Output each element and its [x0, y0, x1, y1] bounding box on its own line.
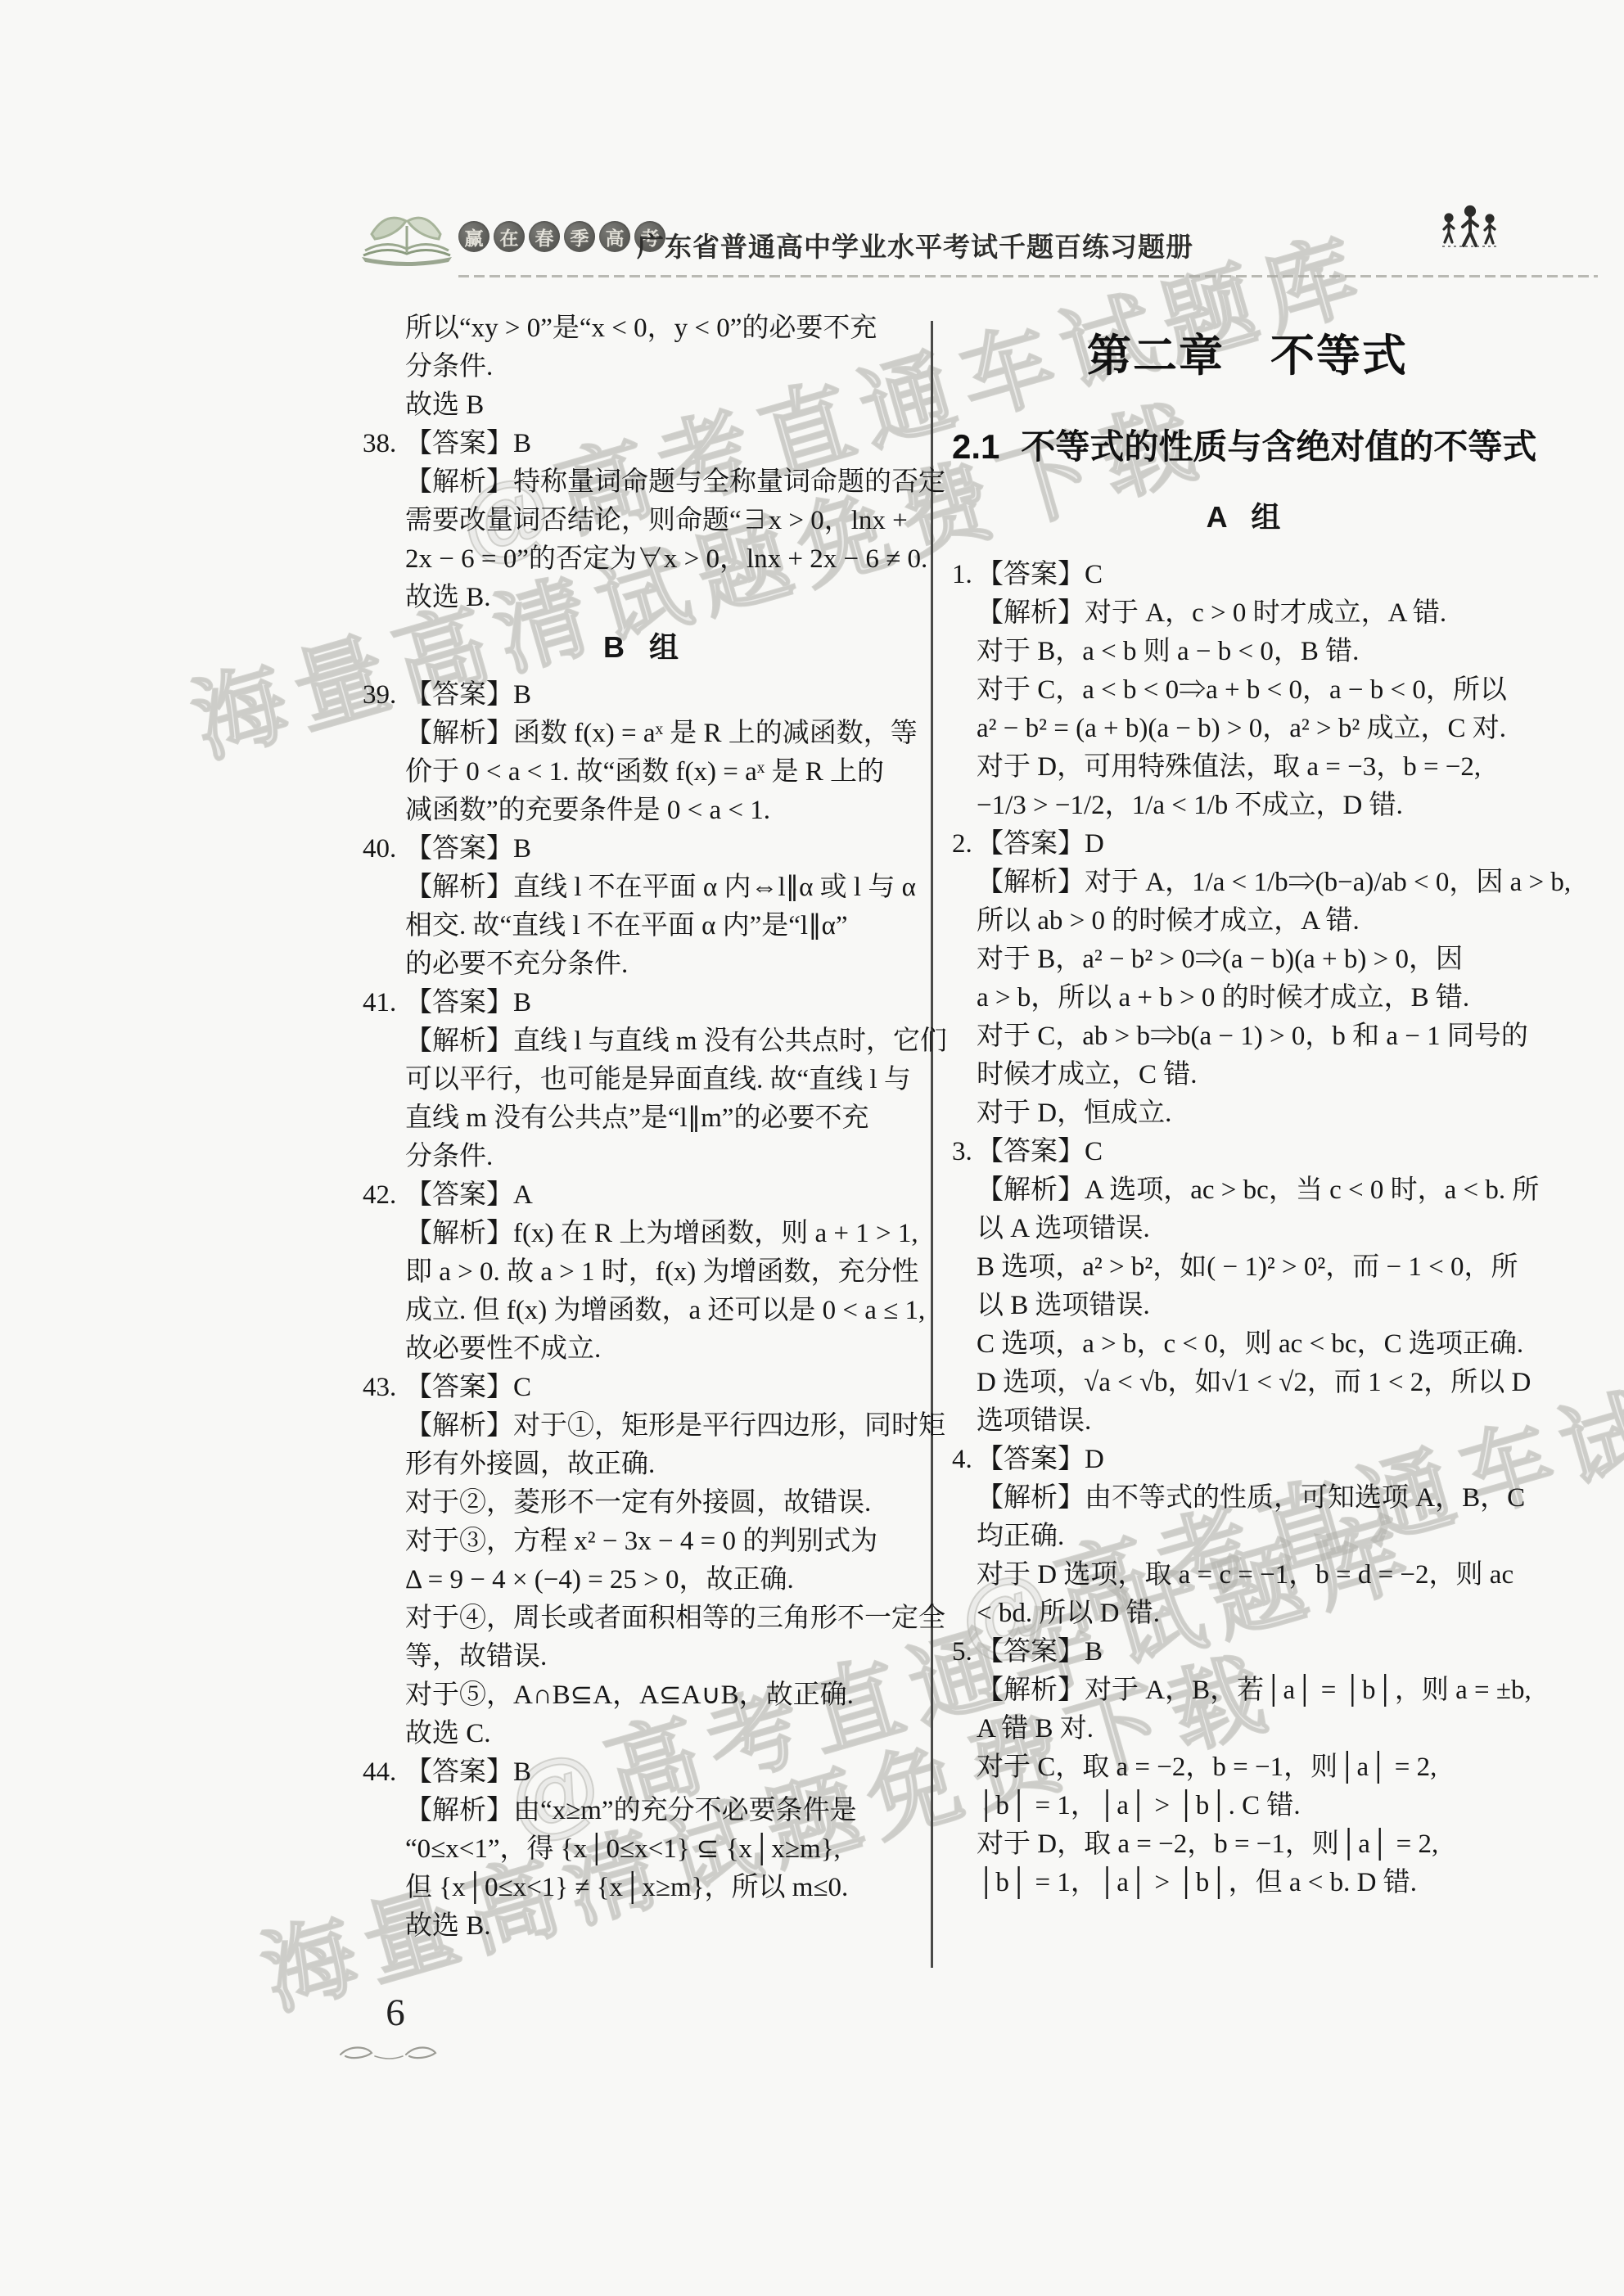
item-number: 44.: [363, 1753, 396, 1792]
answer-line: 【答案】B: [405, 676, 927, 715]
item-number: 4.: [952, 1441, 972, 1479]
answer-line: 【解析】对于 A，B，若│a│ = │b│，则 a = ±b,: [977, 1671, 1543, 1710]
answer-item: 39.【答案】B【解析】函数 f(x) = aˣ 是 R 上的减函数，等价于 0…: [363, 676, 927, 830]
column-divider: [931, 321, 933, 1968]
item-number: 3.: [952, 1133, 972, 1171]
answer-line: A 错 B 对.: [977, 1710, 1543, 1748]
runners-icon: [1439, 205, 1501, 259]
answer-item: 38.【答案】B【解析】特称量词命题与全称量词命题的否定需要改量词否结论，则命题…: [363, 425, 927, 617]
page: @高考直通车试题库 海量高清试题免费下载 @高考直通车试题库 @高考直通车试题库…: [0, 0, 1624, 2296]
item-number: 41.: [363, 984, 396, 1022]
answer-line: │b│ = 1，│a│ > │b│. C 错.: [977, 1787, 1543, 1825]
answer-line: 相交. 故“直线 l 不在平面 α 内”是“l∥α”: [405, 907, 927, 945]
answer-line: B 选项，a² > b²，如( − 1)² > 0²，而 − 1 < 0，所: [977, 1248, 1543, 1287]
answer-line: 对于 D 选项，取 a = c = −1，b = d = −2，则 ac: [977, 1556, 1543, 1595]
answer-line: 直线 m 没有公共点”是“l∥m”的必要不充: [405, 1099, 927, 1138]
answer-item: 44.【答案】B【解析】由“x≥m”的充分不必要条件是“0≤x<1”，得 {x│…: [363, 1753, 927, 1946]
answer-line: 【解析】由“x≥m”的充分不必要条件是: [405, 1792, 927, 1830]
answer-item: 41.【答案】B【解析】直线 l 与直线 m 没有公共点时，它们可以平行，也可能…: [363, 984, 927, 1176]
answer-line: 故选 B: [405, 386, 927, 425]
answer-line: 【解析】直线 l 与直线 m 没有公共点时，它们: [405, 1022, 927, 1061]
answer-line: │b│ = 1，│a│ > │b│，但 a < b. D 错.: [977, 1864, 1543, 1902]
answer-line: 成立. 但 f(x) 为增函数，a 还可以是 0 < a ≤ 1,: [405, 1292, 927, 1330]
answer-line: 对于 B，a < b 则 a − b < 0，B 错.: [977, 633, 1543, 671]
answer-line: 对于 D，可用特殊值法，取 a = −3，b = −2,: [977, 748, 1543, 787]
item-number: 42.: [363, 1176, 396, 1215]
answer-line: < bd. 所以 D 错.: [977, 1595, 1543, 1633]
answer-item: 2.【答案】D【解析】对于 A，1/a < 1/b⇒(b−a)/ab < 0，因…: [952, 825, 1543, 1133]
item-number: 2.: [952, 825, 972, 864]
answer-line: 对于⑤，A∩B⊆A，A⊆A∪B，故正确.: [405, 1676, 927, 1715]
answer-line: 【解析】f(x) 在 R 上为增函数，则 a + 1 > 1,: [405, 1215, 927, 1253]
answer-line: 对于 C，取 a = −2，b = −1，则│a│ = 2,: [977, 1748, 1543, 1787]
answer-line: 故选 B.: [405, 579, 927, 617]
answer-line: C 选项，a > b，c < 0，则 ac < bc，C 选项正确.: [977, 1325, 1543, 1364]
answer-line: a² − b² = (a + b)(a − b) > 0，a² > b² 成立，…: [977, 710, 1543, 748]
answer-line: 【解析】对于 A，c > 0 时才成立，A 错.: [977, 594, 1543, 633]
answer-line: 对于 D，恒成立.: [977, 1094, 1543, 1133]
answer-line: 对于 C，a < b < 0⇒a + b < 0，a − b < 0，所以: [977, 671, 1543, 710]
answer-line: 对于 D，取 a = −2，b = −1，则│a│ = 2,: [977, 1825, 1543, 1864]
answer-item: 所以“xy > 0”是“x < 0，y < 0”的必要不充分条件.故选 B: [363, 309, 927, 425]
answer-line: 的必要不充分条件.: [405, 945, 927, 984]
answer-line: 【答案】D: [977, 825, 1543, 864]
answer-line: 所以 ab > 0 的时候才成立，A 错.: [977, 902, 1543, 941]
answer-line: 对于 C，ab > b⇒b(a − 1) > 0，b 和 a − 1 同号的: [977, 1017, 1543, 1056]
answer-line: 形有外接圆，故正确.: [405, 1446, 927, 1484]
answer-line: 故必要性不成立.: [405, 1330, 927, 1369]
brand-badge: 高: [599, 221, 630, 252]
answer-line: 分条件.: [405, 348, 927, 386]
answer-line: 即 a > 0. 故 a > 1 时，f(x) 为增函数，充分性: [405, 1253, 927, 1292]
item-number: 5.: [952, 1633, 972, 1671]
answer-line: 所以“xy > 0”是“x < 0，y < 0”的必要不充: [405, 309, 927, 348]
page-number: 6: [359, 1991, 432, 2035]
header-rule: [458, 275, 1598, 277]
answer-line: 【答案】D: [977, 1441, 1543, 1479]
answer-line: 减函数”的充要条件是 0 < a < 1.: [405, 792, 927, 830]
answer-line: 对于④，周长或者面积相等的三角形不一定全: [405, 1599, 927, 1638]
brand-badge: 赢: [458, 221, 489, 252]
answer-line: 【答案】C: [405, 1369, 927, 1407]
section-number: 2.1: [952, 424, 999, 470]
item-number: 38.: [363, 425, 396, 463]
answer-line: a > b，所以 a + b > 0 的时候才成立，B 错.: [977, 979, 1543, 1017]
answer-item: 1.【答案】C【解析】对于 A，c > 0 时才成立，A 错.对于 B，a < …: [952, 556, 1543, 825]
answer-line: 可以平行，也可能是异面直线. 故“直线 l 与: [405, 1061, 927, 1099]
answer-line: 【解析】由不等式的性质，可知选项 A，B，C: [977, 1479, 1543, 1518]
answer-line: 【解析】A 选项，ac > bc，当 c < 0 时，a < b. 所: [977, 1171, 1543, 1210]
answer-line: 【解析】特称量词命题与全称量词命题的否定: [405, 463, 927, 502]
right-column: 第二章 不等式 2.1 不等式的性质与含绝对值的不等式 A 组 1.【答案】C【…: [952, 326, 1543, 1902]
answer-line: 【解析】对于①，矩形是平行四边形，同时矩: [405, 1407, 927, 1446]
answer-line: 对于②，菱形不一定有外接圆，故错误.: [405, 1484, 927, 1522]
answer-line: 分条件.: [405, 1138, 927, 1176]
answer-line: 【答案】A: [405, 1176, 927, 1215]
answer-line: D 选项，√a < √b，如√1 < √2，而 1 < 2，所以 D: [977, 1364, 1543, 1402]
book-logo-icon: [357, 203, 460, 273]
answer-line: 【答案】B: [405, 1753, 927, 1792]
answer-item: 4.【答案】D【解析】由不等式的性质，可知选项 A，B，C均正确.对于 D 选项…: [952, 1441, 1543, 1633]
answer-line: 【答案】C: [977, 1133, 1543, 1171]
answer-line: 均正确.: [977, 1518, 1543, 1556]
group-heading: B 组: [363, 628, 927, 666]
answer-line: “0≤x<1”，得 {x│0≤x<1} ⊆ {x│x≥m},: [405, 1830, 927, 1869]
answer-line: 2x − 6 = 0”的否定为∀x > 0，lnx + 2x − 6 ≠ 0.: [405, 540, 927, 579]
answer-item: 3.【答案】C【解析】A 选项，ac > bc，当 c < 0 时，a < b.…: [952, 1133, 1543, 1441]
answer-line: 【答案】B: [977, 1633, 1543, 1671]
answer-line: 【解析】直线 l 不在平面 α 内⇔l∥α 或 l 与 α: [405, 868, 927, 907]
answer-item: 43.【答案】C【解析】对于①，矩形是平行四边形，同时矩形有外接圆，故正确.对于…: [363, 1369, 927, 1753]
answer-line: 对于③，方程 x² − 3x − 4 = 0 的判别式为: [405, 1522, 927, 1561]
answer-line: 选项错误.: [977, 1402, 1543, 1441]
brand-badge: 季: [564, 221, 595, 252]
section-title-text: 不等式的性质与含绝对值的不等式: [1021, 424, 1536, 470]
answer-item: 40.【答案】B【解析】直线 l 不在平面 α 内⇔l∥α 或 l 与 α相交.…: [363, 830, 927, 984]
item-number: 40.: [363, 830, 396, 868]
answer-line: 等，故错误.: [405, 1638, 927, 1676]
brand-badges: 赢在春季高考: [458, 221, 665, 252]
answer-line: 需要改量词否结论，则命题“∃x > 0，lnx +: [405, 502, 927, 540]
brand-badge: 春: [529, 221, 560, 252]
answer-line: 【答案】B: [405, 984, 927, 1022]
answer-line: 故选 B.: [405, 1907, 927, 1946]
answer-line: 【解析】对于 A，1/a < 1/b⇒(b−a)/ab < 0，因 a > b,: [977, 864, 1543, 902]
answer-item: 42.【答案】A【解析】f(x) 在 R 上为增函数，则 a + 1 > 1,即…: [363, 1176, 927, 1369]
chapter-title: 第二章 不等式: [952, 326, 1543, 386]
answer-line: Δ = 9 − 4 × (−4) = 25 > 0，故正确.: [405, 1561, 927, 1599]
right-column-items: 1.【答案】C【解析】对于 A，c > 0 时才成立，A 错.对于 B，a < …: [952, 556, 1543, 1902]
answer-line: 以 B 选项错误.: [977, 1287, 1543, 1325]
answer-line: −1/3 > −1/2，1/a < 1/b 不成立，D 错.: [977, 787, 1543, 825]
answer-line: 价于 0 < a < 1. 故“函数 f(x) = aˣ 是 R 上的: [405, 753, 927, 792]
answer-line: 故选 C.: [405, 1715, 927, 1753]
left-column: 所以“xy > 0”是“x < 0，y < 0”的必要不充分条件.故选 B38.…: [363, 309, 927, 1946]
answer-line: 对于 B，a² − b² > 0⇒(a − b)(a + b) > 0，因: [977, 941, 1543, 979]
answer-line: 但 {x│0≤x<1} ≠ {x│x≥m}，所以 m≤0.: [405, 1869, 927, 1907]
item-number: 39.: [363, 676, 396, 715]
answer-line: 时候才成立，C 错.: [977, 1056, 1543, 1094]
page-number-flourish-icon: [334, 2041, 457, 2066]
booklet-title: 广东省普通高中学业水平考试千题百练习题册: [637, 226, 1193, 264]
answer-item: 5.【答案】B【解析】对于 A，B，若│a│ = │b│，则 a = ±b,A …: [952, 1633, 1543, 1902]
answer-line: 以 A 选项错误.: [977, 1210, 1543, 1248]
item-number: 43.: [363, 1369, 396, 1407]
answer-line: 【答案】B: [405, 830, 927, 868]
item-number: 1.: [952, 556, 972, 594]
brand-badge: 在: [494, 221, 525, 252]
answer-line: 【答案】C: [977, 556, 1543, 594]
answer-line: 【解析】函数 f(x) = aˣ 是 R 上的减函数，等: [405, 715, 927, 753]
section-title: 2.1 不等式的性质与含绝对值的不等式: [952, 424, 1543, 470]
group-heading: A 组: [952, 498, 1543, 536]
answer-line: 【答案】B: [405, 425, 927, 463]
